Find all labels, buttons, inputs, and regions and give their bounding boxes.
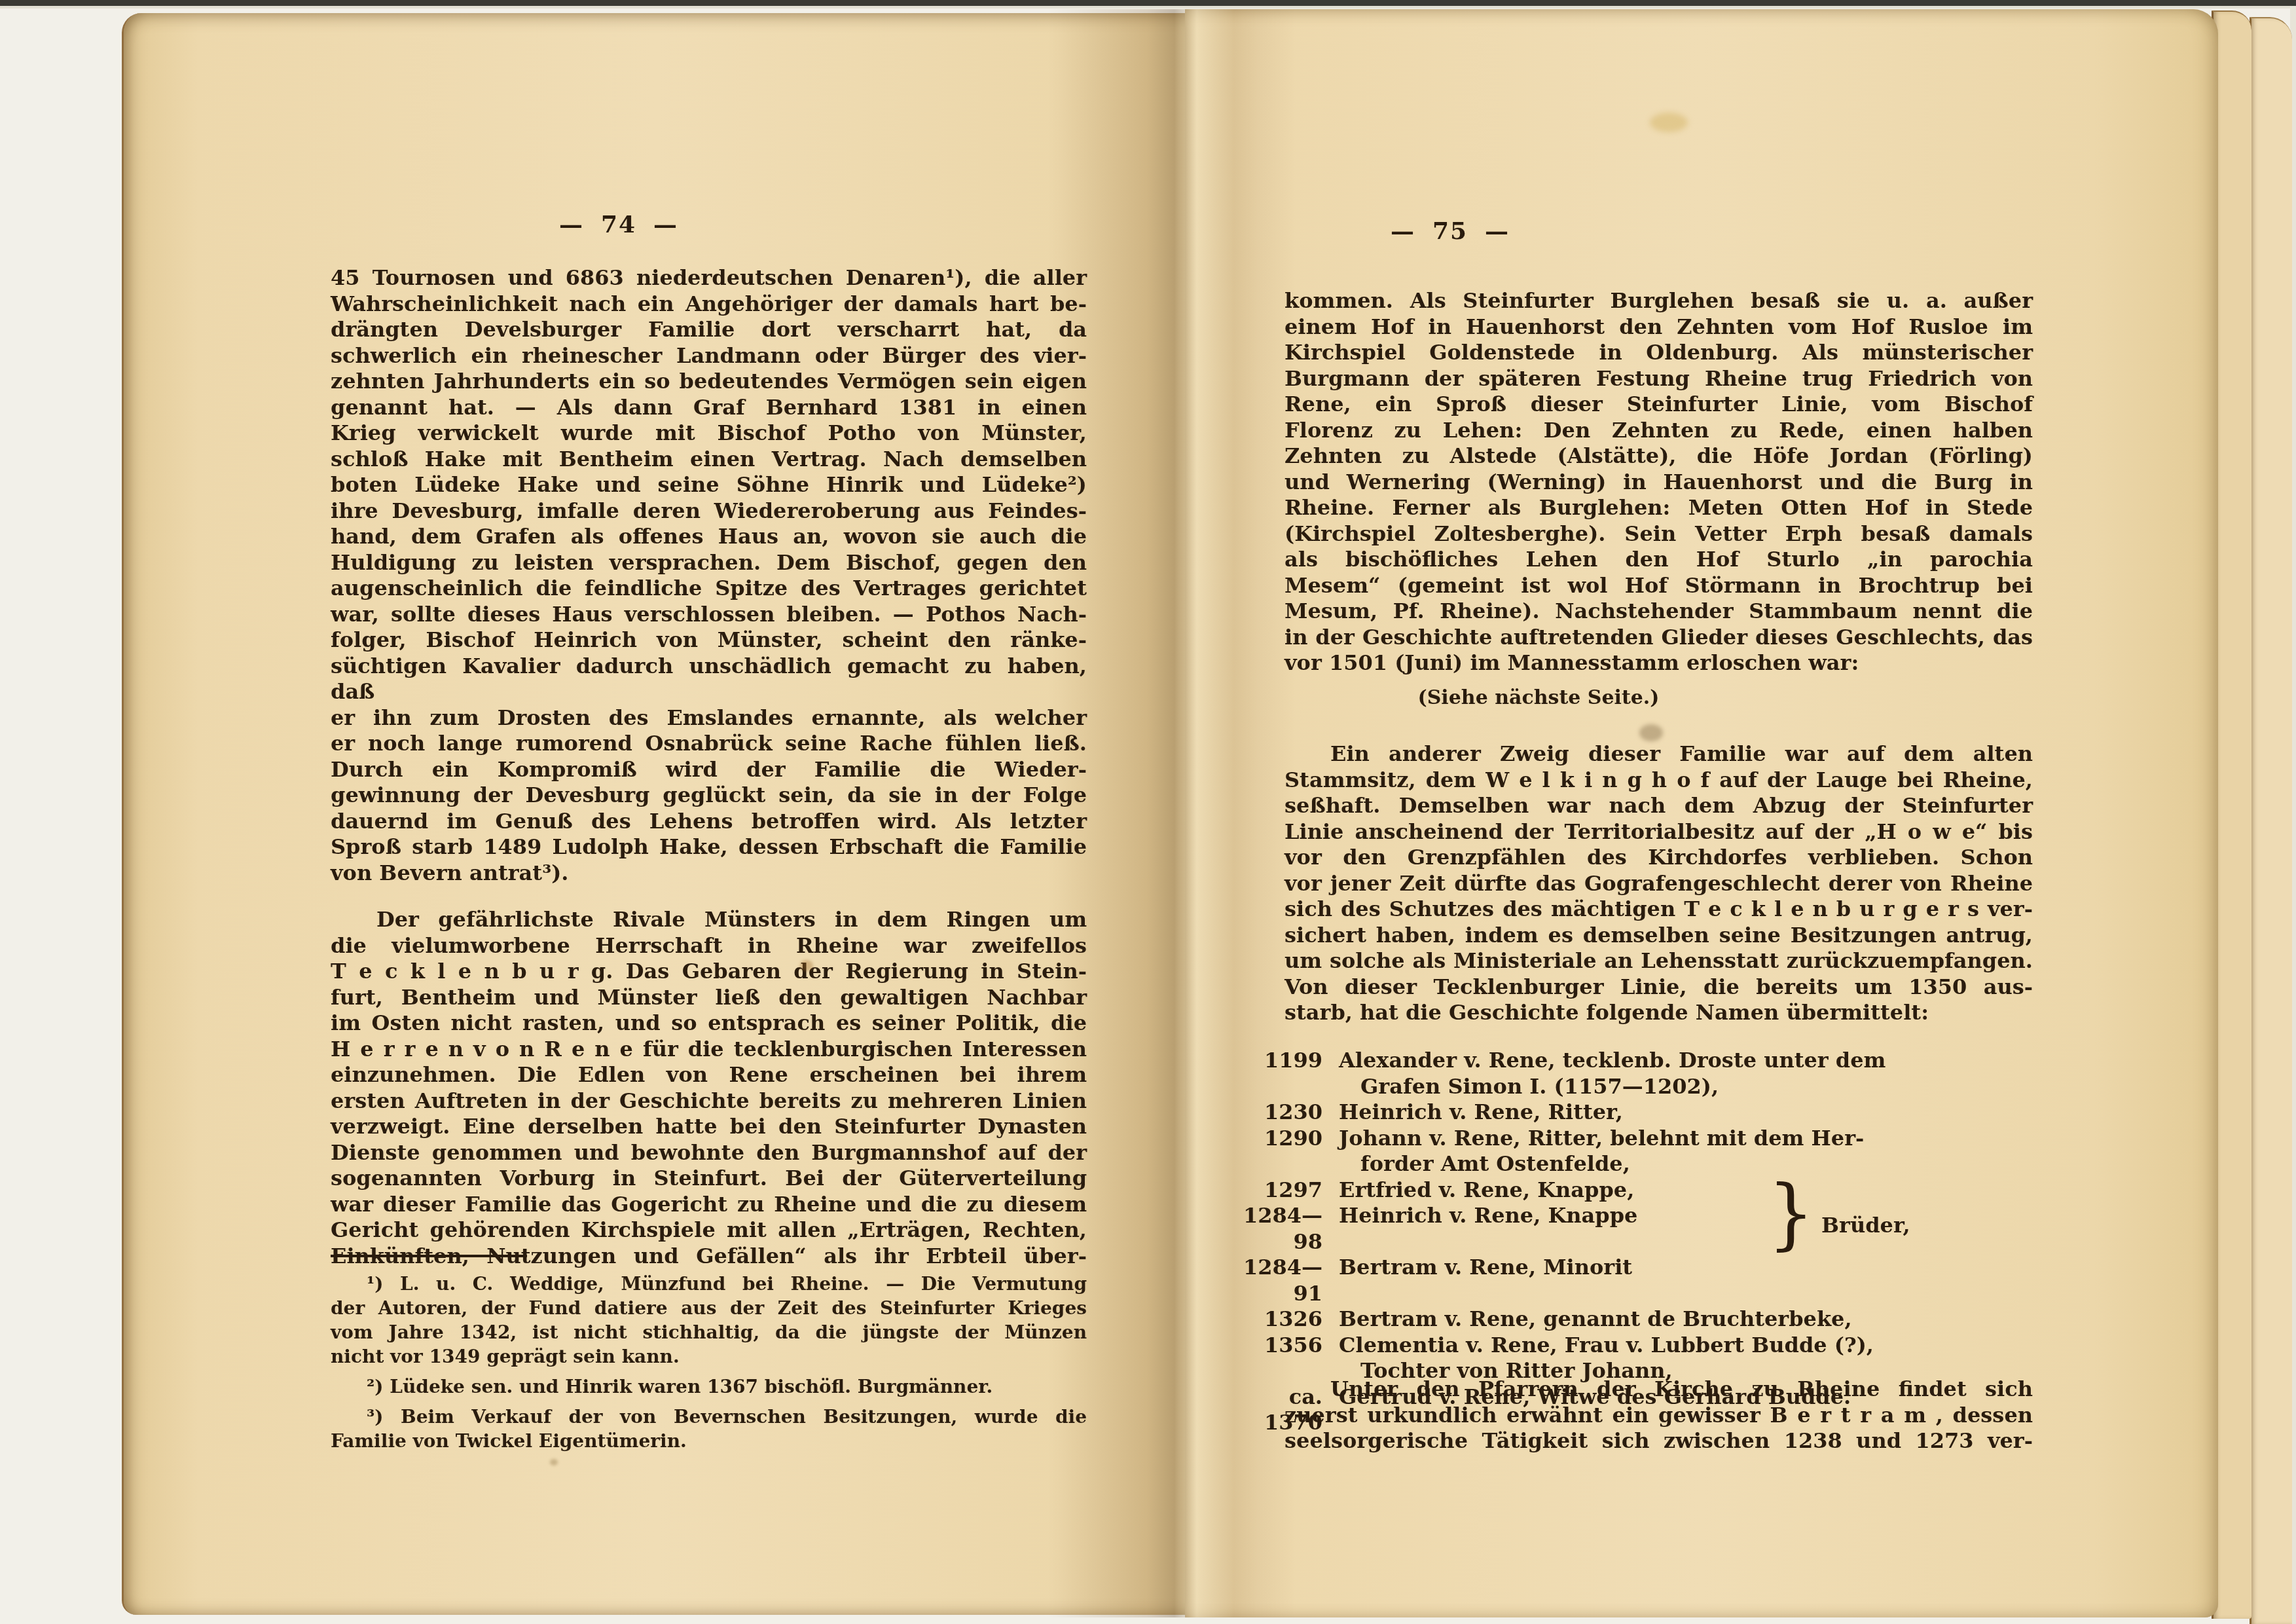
page-number-75: —75—: [1319, 217, 1581, 245]
list-item-date: 1297: [1231, 1177, 1322, 1204]
text-line: H e r r e n v o n R e n e für die teckle…: [331, 1037, 1087, 1063]
list-item-text: Bertram v. Rene, genannt de Bruchterbeke…: [1339, 1306, 1852, 1333]
scanner-top-strip: [0, 0, 2296, 9]
text-line: ²) Lüdeke sen. und Hinrik waren 1367 bis…: [331, 1375, 1087, 1399]
text-line: augenscheinlich die feindliche Spitze de…: [331, 576, 1087, 602]
text-line: Von dieser Tecklenburger Linie, die bere…: [1285, 974, 2033, 1001]
text-line: 45 Tournosen und 6863 niederdeutschen De…: [331, 265, 1087, 291]
text-line: boten Lüdeke Hake und seine Söhne Hinrik…: [331, 472, 1087, 498]
list-item-date: 1326: [1231, 1306, 1322, 1333]
text-line: um solche als Ministeriale an Lehensstat…: [1285, 948, 2033, 974]
text-line: (Kirchspiel Zoltesberghe). Sein Vetter E…: [1285, 521, 2033, 547]
text-line: seelsorgerische Tätigkeit sich zwischen …: [1285, 1428, 2033, 1454]
list-item-date: 1230: [1231, 1099, 1322, 1126]
list-item: Grafen Simon I. (1157—1202),: [1231, 1074, 2033, 1100]
text-line: Unter den Pfarrern der Kirche zu Rheine …: [1285, 1376, 2033, 1403]
list-item: 1284—91Bertram v. Rene, Minorit: [1231, 1255, 2033, 1306]
text-line: Wahrscheinlichkeit nach ein Angehöriger …: [331, 291, 1087, 318]
text-line: Mesem“ (gemeint ist wol Hof Störmann in …: [1285, 573, 2033, 599]
paragraph: kommen. Als Steinfurter Burglehen besaß …: [1285, 288, 2033, 676]
text-line: einzunehmen. Die Edlen von Rene erschein…: [331, 1062, 1087, 1088]
text-line: Durch ein Kompromiß wird der Familie die…: [331, 757, 1087, 783]
text-line: Linie anscheinend der Territorialbesitz …: [1285, 819, 2033, 845]
text-line: furt, Bentheim und Münster ließ den gewa…: [331, 985, 1087, 1011]
paragraph: Der gefährlichste Rivale Münsters in dem…: [331, 907, 1087, 1269]
text-line: folger, Bischof Heinrich von Münster, sc…: [331, 627, 1087, 654]
text-line: Ein anderer Zweig dieser Familie war auf…: [1285, 741, 2033, 767]
footnote-separator-rule: [331, 1255, 527, 1257]
text-line: von Bevern antrat³).: [331, 860, 1087, 887]
list-item: 1297Ertfried v. Rene, Knappe,: [1231, 1177, 2033, 1204]
text-line: ersten Auftreten in der Geschichte berei…: [331, 1088, 1087, 1115]
text-line: ³) Beim Verkauf der von Bevernschen Besi…: [331, 1405, 1087, 1429]
text-line: nicht vor 1349 geprägt sein kann.: [331, 1344, 1087, 1369]
text-line: Sproß starb 1489 Ludolph Hake, dessen Er…: [331, 834, 1087, 860]
text-line: als bischöfliches Lehen den Hof Sturlo „…: [1285, 547, 2033, 573]
text-line: zuerst urkundlich erwähnt ein gewisser B…: [1285, 1403, 2033, 1429]
bruder-label: Brüder,: [1821, 1213, 1910, 1238]
text-line: Zehnten zu Alstede (Alstätte), die Höfe …: [1285, 443, 2033, 470]
list-item: 1290Johann v. Rene, Ritter, belehnt mit …: [1231, 1126, 2033, 1152]
list-item: 1230Heinrich v. Rene, Ritter,: [1231, 1099, 2033, 1126]
text-line: dauernd im Genuß des Lehens betroffen wi…: [331, 809, 1087, 835]
list-item-text: Alexander v. Rene, tecklenb. Droste unte…: [1339, 1048, 1886, 1074]
list-item-date: 1290: [1231, 1126, 1322, 1152]
text-line: Stammsitz, dem W e l k i n g h o f auf d…: [1285, 767, 2033, 794]
text-line: Burgmann der späteren Festung Rheine tru…: [1285, 366, 2033, 392]
text-line: zehnten Jahrhunderts ein so bedeutendes …: [331, 369, 1087, 395]
text-line: ihre Devesburg, imfalle deren Wiedererob…: [331, 498, 1087, 525]
text-line: Gericht gehörenden Kirchspiele mit allen…: [331, 1217, 1087, 1244]
page-number-74: —74—: [488, 211, 750, 238]
page-stack-edge-2: [2250, 17, 2292, 1624]
text-line: ¹) L. u. C. Weddige, Münzfund bei Rheine…: [331, 1272, 1087, 1296]
text-line: und Wernering (Werning) in Hauenhorst un…: [1285, 470, 2033, 496]
text-line: war, sollte dieses Haus verschlossen ble…: [331, 602, 1087, 628]
page-number-value: 74: [601, 211, 636, 238]
list-item-text: Clementia v. Rene, Frau v. Lubbert Budde…: [1339, 1333, 1874, 1359]
list-item: forder Amt Ostenfelde,: [1231, 1151, 2033, 1177]
text-line: sichert haben, indem es demselben seine …: [1285, 923, 2033, 949]
text-line: Kirchspiel Goldenstede in Oldenburg. Als…: [1285, 340, 2033, 366]
list-item: 1199Alexander v. Rene, tecklenb. Droste …: [1231, 1048, 2033, 1074]
list-item: 1284—98Heinrich v. Rene, Knappe: [1231, 1203, 2033, 1255]
text-line: Dienste genommen und bewohnte den Burgma…: [331, 1140, 1087, 1166]
text-line: schwerlich ein rheinescher Landmann oder…: [331, 343, 1087, 369]
page-75-body-mid: Ein anderer Zweig dieser Familie war auf…: [1285, 741, 2033, 1026]
list-item-text: forder Amt Ostenfelde,: [1360, 1151, 1630, 1177]
header-dash-right: —: [653, 211, 678, 238]
list-item-text: Johann v. Rene, Ritter, belehnt mit dem …: [1339, 1126, 1864, 1152]
paragraph: 45 Tournosen und 6863 niederdeutschen De…: [331, 265, 1087, 886]
paragraph: ³) Beim Verkauf der von Bevernschen Besi…: [331, 1405, 1087, 1453]
paragraph: ¹) L. u. C. Weddige, Münzfund bei Rheine…: [331, 1272, 1087, 1369]
text-line: er noch lange rumorend Osnabrück seine R…: [331, 731, 1087, 757]
text-line: war dieser Familie das Gogericht zu Rhei…: [331, 1192, 1087, 1218]
text-line: süchtigen Kavalier dadurch unschädlich g…: [331, 654, 1087, 705]
paragraph: Unter den Pfarrern der Kirche zu Rheine …: [1285, 1376, 2033, 1454]
bruder-brace: }: [1768, 1185, 1814, 1243]
text-line: Krieg verwickelt wurde mit Bischof Potho…: [331, 420, 1087, 447]
text-line: vom Jahre 1342, ist nicht stichhaltig, d…: [331, 1320, 1087, 1344]
paragraph: Ein anderer Zweig dieser Familie war auf…: [1285, 741, 2033, 1026]
page-75-body-top: kommen. Als Steinfurter Burglehen besaß …: [1285, 288, 2033, 676]
list-item-date: [1231, 1151, 1322, 1177]
text-line: Rheine. Ferner als Burglehen: Meten Otte…: [1285, 495, 2033, 521]
page-74-footnotes: ¹) L. u. C. Weddige, Münzfund bei Rheine…: [331, 1272, 1087, 1453]
text-line: Familie von Twickel Eigentümerin.: [331, 1429, 1087, 1453]
text-line: schloß Hake mit Bentheim einen Vertrag. …: [331, 447, 1087, 473]
text-line: sich des Schutzes des mächtigen T e c k …: [1285, 896, 2033, 923]
text-line: vor jener Zeit dürfte das Gografengeschl…: [1285, 871, 2033, 897]
text-line: der Autoren, der Fund datiere aus der Ze…: [331, 1296, 1087, 1320]
list-item: 1356Clementia v. Rene, Frau v. Lubbert B…: [1231, 1333, 2033, 1359]
list-item-text: Bertram v. Rene, Minorit: [1339, 1255, 1632, 1306]
text-line: genannt hat. — Als dann Graf Bernhard 13…: [331, 395, 1087, 421]
see-next-page-note: (Siehe nächste Seite.): [1408, 686, 1669, 709]
text-line: seßhaft. Demselben war nach dem Abzug de…: [1285, 793, 2033, 819]
header-dash-left: —: [559, 211, 584, 238]
text-line: kommen. Als Steinfurter Burglehen besaß …: [1285, 288, 2033, 314]
text-line: Huldigung zu leisten versprachen. Dem Bi…: [331, 550, 1087, 576]
header-dash-right: —: [1485, 217, 1510, 245]
text-line: verzweigt. Eine derselben hatte bei den …: [331, 1114, 1087, 1140]
list-item: 1326Bertram v. Rene, genannt de Bruchter…: [1231, 1306, 2033, 1333]
text-line: die vielumworbene Herrschaft in Rheine w…: [331, 933, 1087, 959]
paragraph: ²) Lüdeke sen. und Hinrik waren 1367 bis…: [331, 1375, 1087, 1399]
text-line: drängten Develsburger Familie dort versc…: [331, 317, 1087, 343]
page-75-body-bottom: Unter den Pfarrern der Kirche zu Rheine …: [1285, 1376, 2033, 1454]
list-item-text: Heinrich v. Rene, Ritter,: [1339, 1099, 1623, 1126]
text-line: Der gefährlichste Rivale Münsters in dem…: [331, 907, 1087, 933]
text-line: Rene, ein Sproß dieser Steinfurter Linie…: [1285, 392, 2033, 418]
list-item-text: Heinrich v. Rene, Knappe: [1339, 1203, 1637, 1255]
list-item-text: Ertfried v. Rene, Knappe,: [1339, 1177, 1634, 1204]
page-74-body-text: 45 Tournosen und 6863 niederdeutschen De…: [331, 265, 1087, 1269]
page-number-value: 75: [1432, 217, 1468, 245]
text-line: Florenz zu Lehen: Den Zehnten zu Rede, e…: [1285, 418, 2033, 444]
text-line: einem Hof in Hauenhorst den Zehnten vom …: [1285, 314, 2033, 341]
text-line: er ihn zum Drosten des Emslandes ernannt…: [331, 705, 1087, 731]
text-line: im Osten nicht rasten, und so entsprach …: [331, 1010, 1087, 1037]
text-line: Mesum, Pf. Rheine). Nachstehender Stammb…: [1285, 599, 2033, 625]
text-line: vor den Grenzpfählen des Kirchdorfes ver…: [1285, 845, 2033, 871]
list-item-date: 1284—98: [1231, 1203, 1322, 1255]
scanned-book-spread: { "page_left": { "header": { "dash": "—"…: [0, 0, 2296, 1624]
header-dash-left: —: [1391, 217, 1415, 245]
text-line: vor 1501 (Juni) im Mannesstamm erloschen…: [1285, 650, 2033, 676]
list-item-date: 1199: [1231, 1048, 1322, 1074]
text-line: hand, dem Grafen als offenes Haus an, wo…: [331, 524, 1087, 550]
text-line: starb, hat die Geschichte folgende Namen…: [1285, 1000, 2033, 1026]
text-line: gewinnung der Devesburg geglückt sein, d…: [331, 783, 1087, 809]
text-line: T e c k l e n b u r g. Das Gebaren der R…: [331, 959, 1087, 985]
text-line: sogenannten Vorburg in Steinfurt. Bei de…: [331, 1166, 1087, 1192]
list-item-text: Grafen Simon I. (1157—1202),: [1360, 1074, 1719, 1100]
list-item-date: 1356: [1231, 1333, 1322, 1359]
text-line: in der Geschichte auftretenden Glieder d…: [1285, 625, 2033, 651]
list-item-date: 1284—91: [1231, 1255, 1322, 1306]
list-item-date: [1231, 1074, 1322, 1100]
